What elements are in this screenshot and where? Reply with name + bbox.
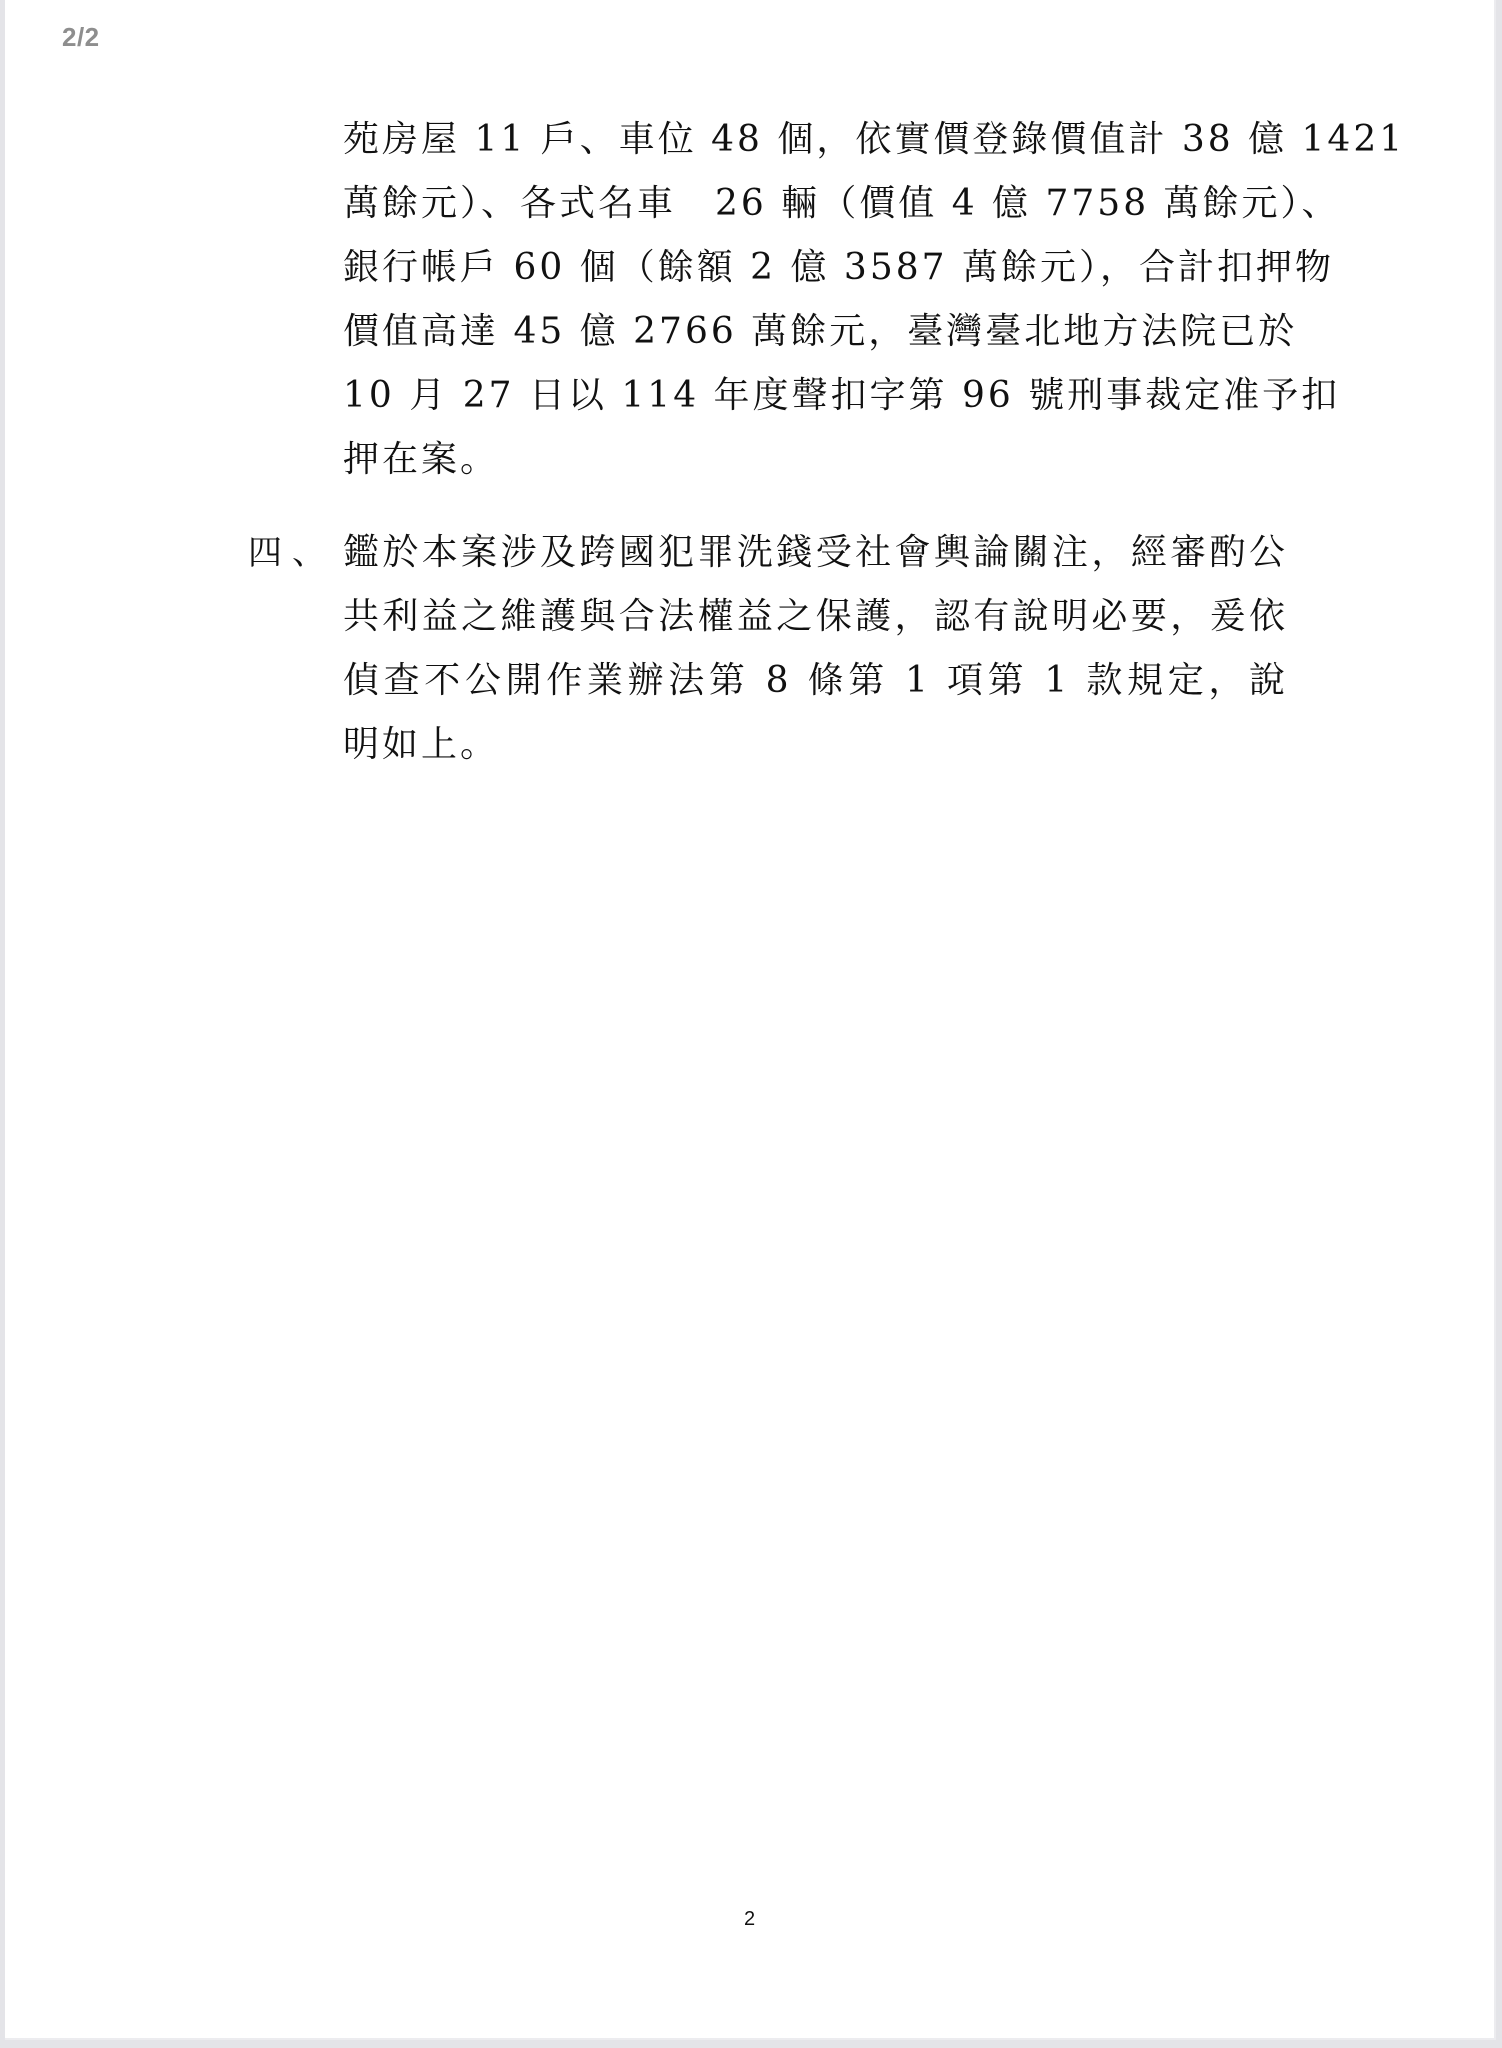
paragraph-4-line-2: 共利益之維護與合法權益之保護，認有說明必要，爰依 <box>343 587 1288 647</box>
paragraph-3-line-6: 押在案。 <box>343 430 1288 490</box>
paragraph-4-line-4: 明如上。 <box>343 715 1288 775</box>
paragraph-4-line-3: 偵查不公開作業辦法第 8 條第 1 項第 1 款規定，說 <box>343 651 1288 711</box>
document-page: 2/2 苑房屋 11 戶、車位 48 個，依實價登錄價值計 38 億 1421 … <box>5 0 1496 2040</box>
paragraph-3-line-4: 價值高達 45 億 2766 萬餘元，臺灣臺北地方法院已於 <box>343 302 1288 362</box>
paragraph-3-line-1: 苑房屋 11 戶、車位 48 個，依實價登錄價值計 38 億 1421 <box>343 110 1288 170</box>
paragraph-3-line-5: 10 月 27 日以 114 年度聲扣字第 96 號刑事裁定准予扣 <box>343 366 1288 426</box>
paragraph-4-marker: 四、 <box>248 523 336 583</box>
paragraph-3-line-3: 銀行帳戶 60 個（餘額 2 億 3587 萬餘元），合計扣押物 <box>343 238 1288 298</box>
paragraph-3-line-2: 萬餘元）、各式名車 26 輛（價值 4 億 7758 萬餘元）、 <box>343 174 1288 234</box>
paragraph-4-line-1: 鑑於本案涉及跨國犯罪洗錢受社會輿論關注，經審酌公 <box>343 523 1288 583</box>
page-indicator: 2/2 <box>62 22 100 53</box>
page-number: 2 <box>5 1908 1494 1931</box>
